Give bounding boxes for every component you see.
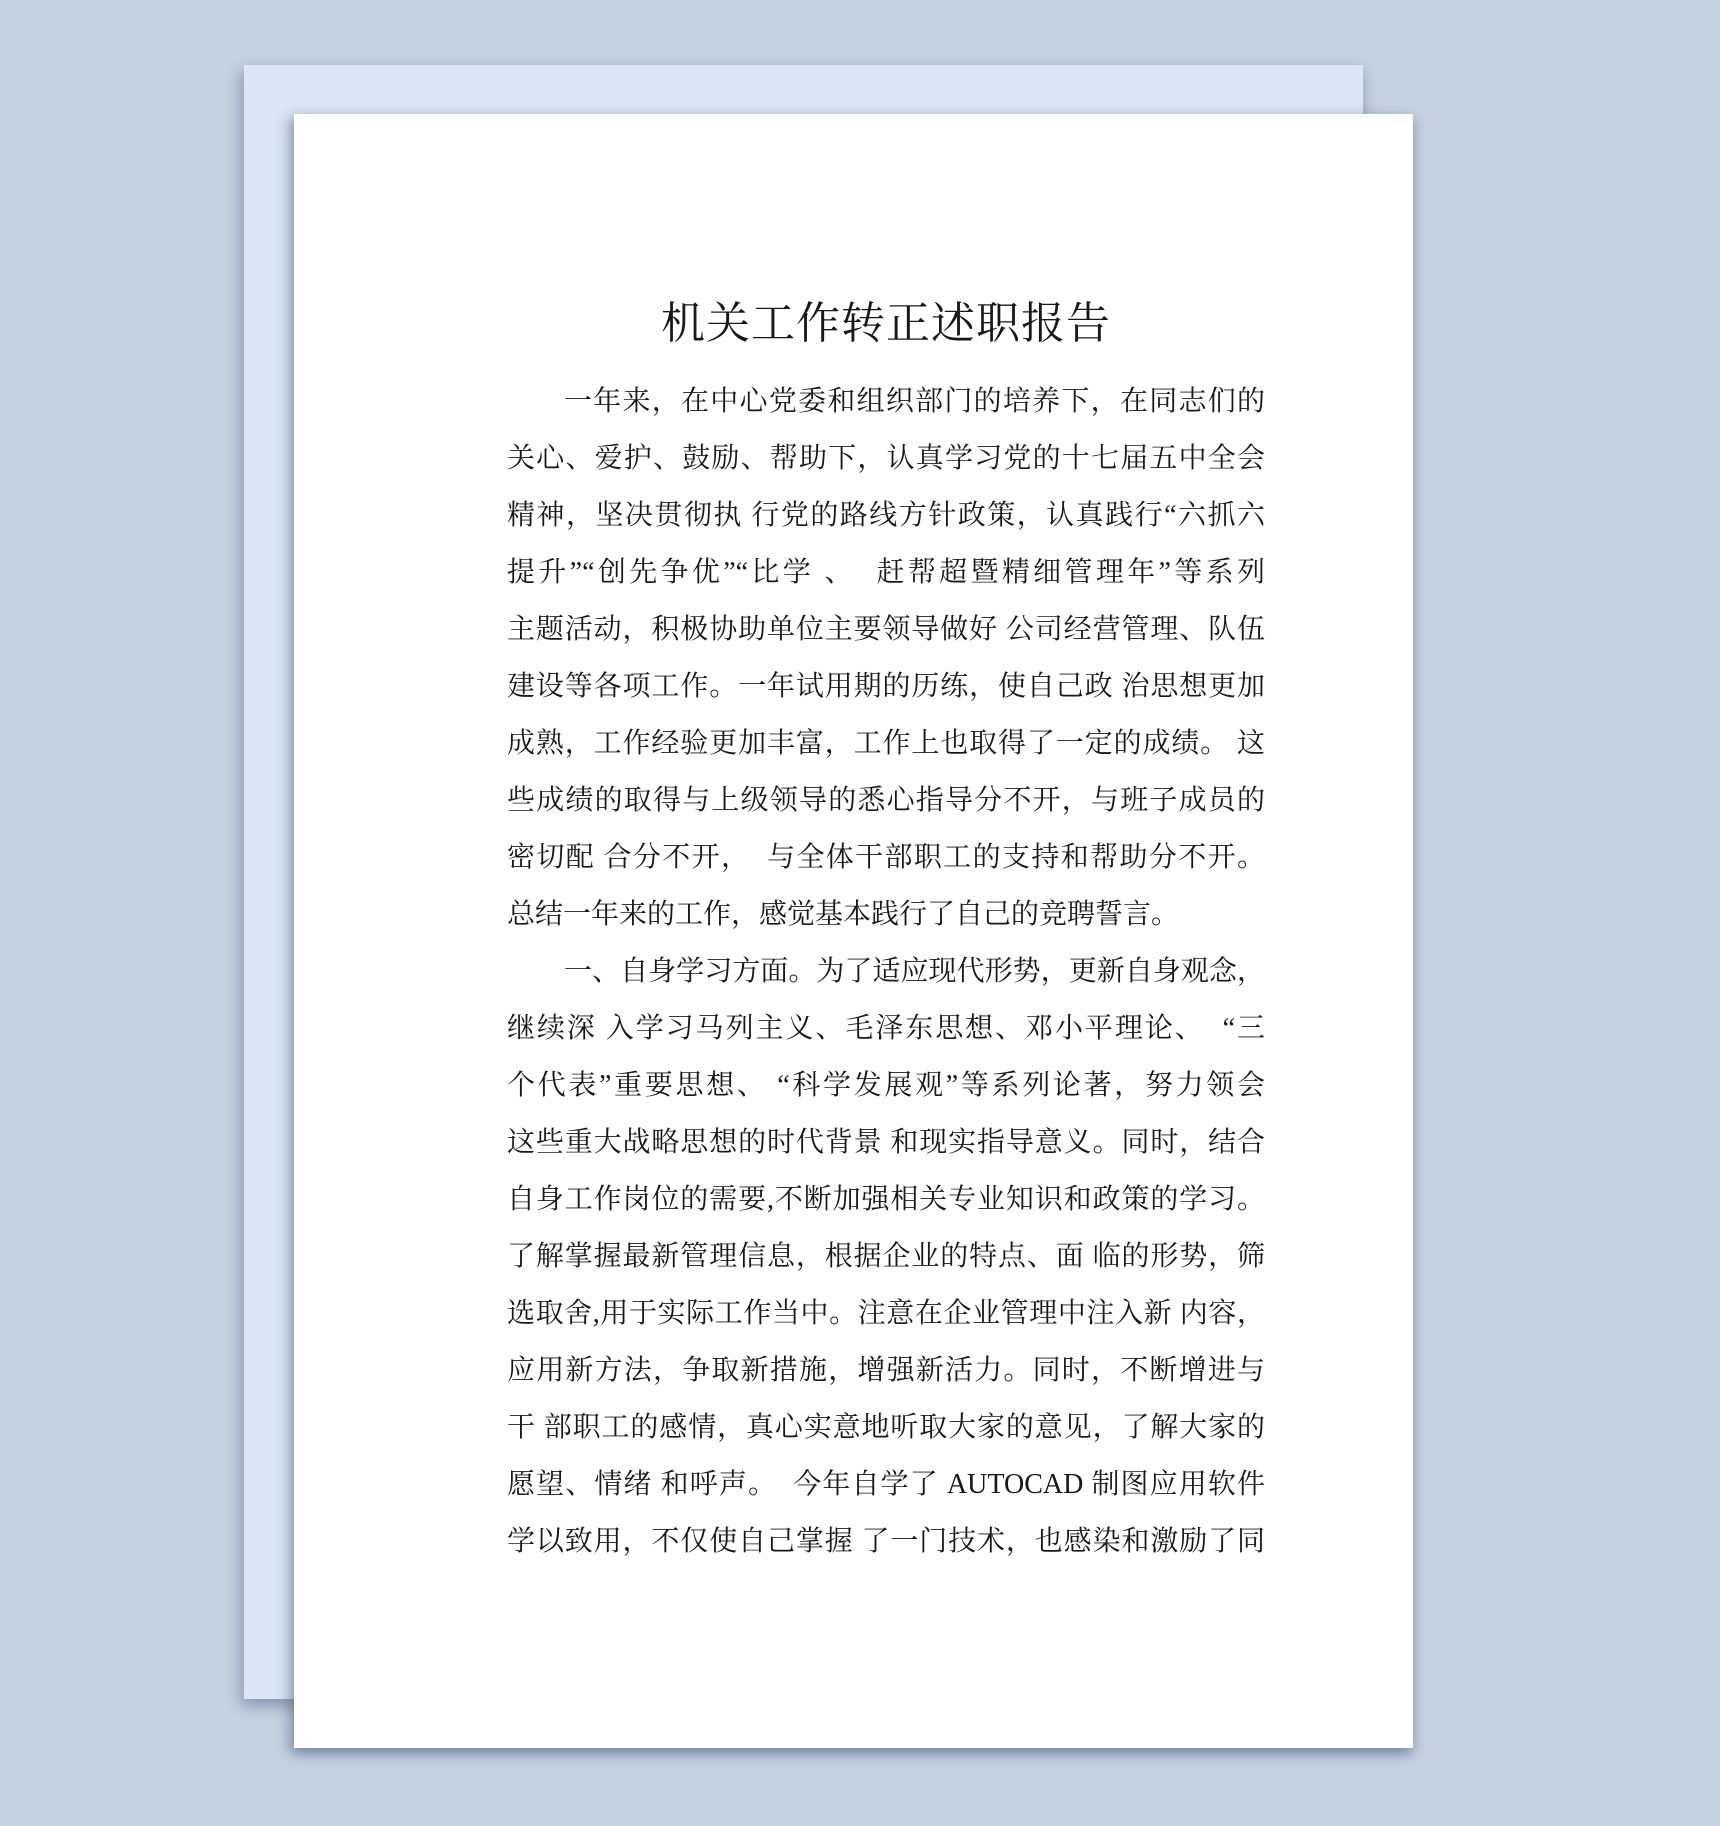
text-line: 选取舍,用于实际工作当中。注意在企业管理中注入新 内容， [507, 1285, 1265, 1342]
text-line: 个代表”重要思想、 “科学发展观”等系列论著，努力领会 [507, 1057, 1265, 1114]
text-line: 一、自身学习方面。为了适应现代形势，更新自身观念， [507, 943, 1265, 1000]
text-line: 总结一年来的工作，感觉基本践行了自己的竞聘誓言。 [507, 886, 1265, 943]
text-line: 自身工作岗位的需要,不断加强相关专业知识和政策的学习。 [507, 1171, 1265, 1228]
text-line: 建设等各项工作。一年试用期的历练，使自己政 治思想更加 [507, 658, 1265, 715]
document-page: 机关工作转正述职报告 一年来，在中心党委和组织部门的培养下，在同志们的关心、爱护… [294, 114, 1413, 1748]
document-title: 机关工作转正述职报告 [507, 284, 1265, 364]
document-body: 一年来，在中心党委和组织部门的培养下，在同志们的关心、爱护、鼓励、帮助下，认真学… [507, 373, 1265, 1570]
text-line: 精神，坚决贯彻执 行党的路线方针政策，认真践行“六抓六 [507, 487, 1265, 544]
text-line: 一年来，在中心党委和组织部门的培养下，在同志们的 [507, 373, 1265, 430]
document-text-block: 机关工作转正述职报告 一年来，在中心党委和组织部门的培养下，在同志们的关心、爱护… [507, 284, 1265, 1570]
text-line: 些成绩的取得与上级领导的悉心指导分不开，与班子成员的 [507, 772, 1265, 829]
text-line: 提升”“创先争优”“比学 、 赶帮超暨精细管理年”等系列 [507, 544, 1265, 601]
text-line: 学以致用，不仅使自己掌握 了一门技术，也感染和激励了同 [507, 1513, 1265, 1570]
text-line: 关心、爱护、鼓励、帮助下，认真学习党的十七届五中全会 [507, 430, 1265, 487]
template-canvas: 机关工作转正述职报告 一年来，在中心党委和组织部门的培养下，在同志们的关心、爱护… [0, 0, 1720, 1826]
text-line: 了解掌握最新管理信息，根据企业的特点、面 临的形势，筛 [507, 1228, 1265, 1285]
text-line: 这些重大战略思想的时代背景 和现实指导意义。同时，结合 [507, 1114, 1265, 1171]
text-line: 成熟，工作经验更加丰富，工作上也取得了一定的成绩。 这 [507, 715, 1265, 772]
text-line: 应用新方法，争取新措施，增强新活力。同时，不断增进与 [507, 1342, 1265, 1399]
text-line: 密切配 合分不开， 与全体干部职工的支持和帮助分不开。 [507, 829, 1265, 886]
text-line: 干 部职工的感情，真心实意地听取大家的意见，了解大家的 [507, 1399, 1265, 1456]
text-line: 继续深 入学习马列主义、毛泽东思想、邓小平理论、 “三 [507, 1000, 1265, 1057]
text-line: 主题活动，积极协助单位主要领导做好 公司经营管理、队伍 [507, 601, 1265, 658]
text-line: 愿望、情绪 和呼声。 今年自学了 AUTOCAD 制图应用软件并 [507, 1456, 1265, 1513]
